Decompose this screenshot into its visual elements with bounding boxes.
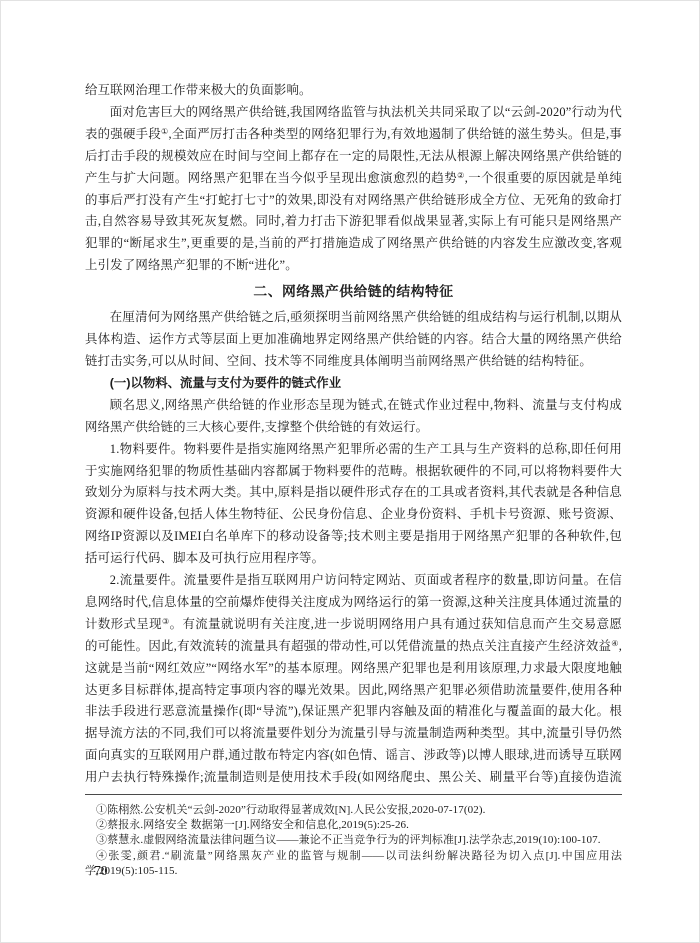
paragraph-material-element: 1.物料要件。物料要件是指实施网络黑产犯罪所必需的生产工具与生产资料的总称,即任…	[85, 439, 622, 570]
paragraph-crackdown: 面对危害巨大的网络黑产供给链,我国网络监管与执法机关共同采取了以“云剑-2020…	[85, 102, 622, 277]
article-body: 给互联网治理工作带来极大的负面影响。 面对危害巨大的网络黑产供给链,我国网络监管…	[85, 80, 622, 790]
footnote-item: ①陈栩然.公安机关“云剑-2020”行动取得显著成效[N].人民公安报,2020…	[85, 803, 622, 818]
footnote-item: ③蔡慧永.虚假网络流量法律问题刍议——兼论不正当竞争行为的评判标准[J].法学杂…	[85, 833, 622, 848]
footnote-item: ④张雯,颜君.“刷流量”网络黑灰产业的监管与规制——以司法纠纷解决路径为切入点[…	[85, 849, 622, 879]
subsection-heading: (一)以物料、流量与支付为要件的链式作业	[85, 373, 622, 395]
section-heading: 二、网络黑产供给链的结构特征	[85, 284, 622, 300]
paragraph-traffic-element: 2.流量要件。流量要件是指互联网用户访问特定网站、页面或者程序的数量,即访问量。…	[85, 570, 622, 790]
footnote-item: ②蔡报永.网络安全 数据第一[J].网络安全和信息化,2019(5):25-26…	[85, 818, 622, 833]
paragraph-runover: 给互联网治理工作带来极大的负面影响。	[85, 80, 622, 102]
footnote-section: ①陈栩然.公安机关“云剑-2020”行动取得显著成效[N].人民公安报,2020…	[85, 794, 622, 879]
paragraph-chain-elements: 顾名思义,网络黑产供给链的作业形态呈现为链式,在链式作业过程中,物料、流量与支付…	[85, 395, 622, 439]
journal-page: 给互联网治理工作带来极大的负面影响。 面对危害巨大的网络黑产供给链,我国网络监管…	[0, 0, 700, 943]
paragraph-section-intro: 在厘清何为网络黑产供给链之后,亟须探明当前网络黑产供给链的组成结构与运行机制,以…	[85, 307, 622, 373]
page-number: 70	[94, 863, 108, 879]
